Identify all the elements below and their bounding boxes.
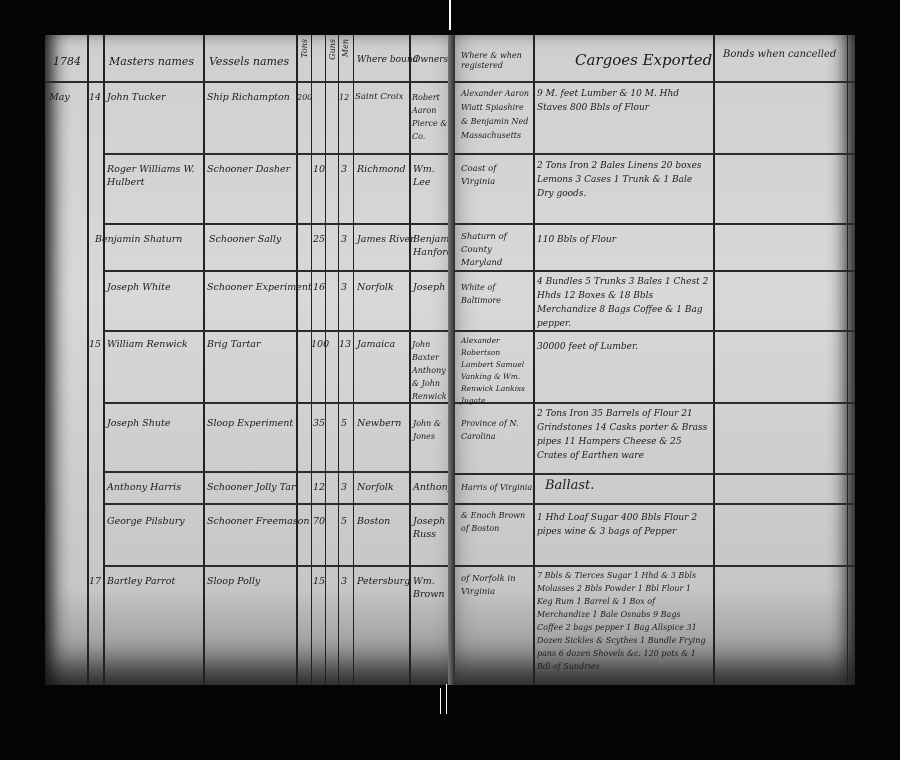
- entry-owners: Joseph: [413, 281, 445, 294]
- column-rule: [296, 35, 298, 685]
- entry-vessel: Ship Richampton: [207, 91, 290, 104]
- entry-vessel: Schooner Experiment: [207, 281, 312, 294]
- entry-vessel: Schooner Jolly Tar: [207, 481, 295, 494]
- entry-men: 13: [339, 338, 351, 351]
- entry-bound: Boston: [357, 515, 390, 528]
- scan-marker: [449, 0, 451, 30]
- entry-tons: 12: [313, 481, 325, 494]
- column-rule: [203, 35, 205, 685]
- entry-bound: Richmond: [357, 163, 406, 176]
- header-where-registered: Where & when registered: [461, 51, 531, 71]
- entry-registered: White of Baltimore: [461, 281, 533, 307]
- entry-registered: Alexander Robertson Lambert Samuel Vanki…: [461, 335, 533, 407]
- row-rule: [455, 503, 855, 505]
- entry-vessel: Sloop Polly: [207, 575, 260, 588]
- entry-registered: of Norfolk in Virginia: [461, 573, 533, 599]
- entry-registered: Harris of Virginia: [461, 481, 533, 494]
- entry-bound: Saint Croix: [355, 91, 409, 104]
- row-rule: [455, 565, 855, 567]
- entry-men: 12: [339, 91, 349, 104]
- entry-men: 3: [341, 575, 347, 588]
- header-men: Men: [341, 39, 350, 57]
- entry-registered: Alexander Aaron Wiatt Spiashire & Benjam…: [461, 87, 533, 143]
- entry-bound: Newbern: [357, 417, 401, 430]
- column-rule: [103, 35, 105, 685]
- ledger-left-page: 1784 Masters names Vessels names Tons Gu…: [45, 35, 455, 685]
- row-rule: [455, 270, 855, 272]
- header-tons: Tons: [300, 39, 309, 58]
- entry-month: May: [49, 91, 70, 104]
- row-rule: [455, 223, 855, 225]
- entry-tons: 15: [313, 575, 325, 588]
- entry-men: 3: [341, 163, 347, 176]
- row-rule: [103, 330, 455, 332]
- entry-registered: & Enoch Brown of Boston: [461, 509, 533, 535]
- header-masters-names: Masters names: [109, 55, 194, 68]
- column-rule: [713, 35, 715, 685]
- entry-master: Joseph White: [107, 281, 171, 294]
- entry-master: George Pilsbury: [107, 515, 185, 528]
- entry-master: Bartley Parrot: [107, 575, 175, 588]
- entry-bound: Jamaica: [357, 338, 395, 351]
- entry-vessel: Schooner Sally: [209, 233, 281, 246]
- entry-men: 5: [341, 417, 347, 430]
- entry-bound: James River: [357, 233, 415, 246]
- row-rule: [103, 153, 455, 155]
- scan-marker: [440, 688, 441, 714]
- row-rule: [103, 471, 455, 473]
- entry-owners: Benjamin Hanford: [413, 233, 453, 259]
- entry-men: 5: [341, 515, 347, 528]
- entry-owners: Robert Aaron Pierce & Co.: [412, 91, 452, 143]
- entry-day: 15: [89, 338, 101, 351]
- entry-cargo: 4 Bundles 5 Trunks 3 Bales 1 Chest 2 Hhd…: [537, 275, 709, 331]
- entry-men: 3: [341, 281, 347, 294]
- entry-cargo: 2 Tons Iron 2 Bales Linens 20 boxes Lemo…: [537, 159, 709, 201]
- entry-tons: 10: [313, 163, 325, 176]
- column-rule: [338, 35, 339, 685]
- entry-registered: Province of N. Carolina: [461, 417, 533, 443]
- header-rule: [45, 81, 455, 83]
- entry-cargo: 2 Tons Iron 35 Barrels of Flour 21 Grind…: [537, 407, 709, 463]
- entry-tons: 100: [311, 338, 329, 351]
- entry-master: Benjamin Shaturn: [95, 233, 182, 246]
- entry-registered: Coast of Virginia: [461, 163, 533, 189]
- row-rule: [103, 503, 455, 505]
- entry-tons: 35: [313, 417, 325, 430]
- row-rule: [103, 270, 455, 272]
- column-rule: [847, 35, 848, 685]
- entry-vessel: Schooner Freemason: [207, 515, 309, 528]
- entry-cargo: 7 Bbls & Tierces Sugar 1 Hhd & 3 Bbls Mo…: [537, 569, 709, 673]
- column-rule: [353, 35, 354, 685]
- entry-cargo: 30000 feet of Lumber.: [537, 340, 709, 354]
- entry-vessel: Brig Tartar: [207, 338, 261, 351]
- column-rule: [325, 35, 326, 685]
- entry-tons: 25: [313, 233, 325, 246]
- entry-cargo: 9 M. feet Lumber & 10 M. Hhd Staves 800 …: [537, 87, 709, 115]
- entry-master: Joseph Shute: [107, 417, 170, 430]
- row-rule: [103, 402, 455, 404]
- entry-registered: Shaturn of County Maryland: [461, 231, 533, 270]
- header-bonds-cancelled: Bonds when cancelled: [723, 49, 836, 60]
- entry-day: 17: [89, 575, 101, 588]
- entry-master: Roger Williams W. Hulbert: [107, 163, 199, 189]
- row-rule: [455, 153, 855, 155]
- header-rule: [455, 81, 855, 83]
- header-guns: Guns: [328, 39, 337, 60]
- entry-tons: 200: [297, 91, 312, 104]
- column-rule: [533, 35, 535, 685]
- entry-vessel: Schooner Dasher: [207, 163, 290, 176]
- entry-bound: Norfolk: [357, 481, 394, 494]
- header-cargoes-exported: Cargoes Exported: [575, 51, 712, 69]
- entry-owners: Joseph Russ: [413, 515, 453, 541]
- ledger-right-page: Where & when registered Cargoes Exported…: [455, 35, 855, 685]
- scan-marker: [446, 684, 447, 714]
- entry-tons: 16: [313, 281, 325, 294]
- entry-master: William Renwick: [107, 338, 188, 351]
- row-rule: [103, 223, 455, 225]
- row-rule: [455, 473, 855, 475]
- entry-men: 3: [341, 233, 347, 246]
- entry-bound: Petersburg: [357, 575, 410, 588]
- header-where-bound: Where bound: [357, 55, 418, 65]
- entry-tons: 70: [313, 515, 325, 528]
- entry-master: John Tucker: [107, 91, 165, 104]
- entry-cargo: 1 Hhd Loaf Sugar 400 Bbls Flour 2 pipes …: [537, 511, 709, 539]
- entry-bound: Norfolk: [357, 281, 394, 294]
- entry-cargo: 110 Bbls of Flour: [537, 233, 709, 247]
- header-vessels-names: Vessels names: [209, 55, 289, 68]
- row-rule: [103, 565, 455, 567]
- entry-cargo: Ballast.: [545, 479, 709, 493]
- entry-master: Anthony Harris: [107, 481, 181, 494]
- entry-day: 14: [89, 91, 101, 104]
- column-rule: [311, 35, 312, 685]
- entry-vessel: Sloop Experiment: [207, 417, 293, 430]
- entry-men: 3: [341, 481, 347, 494]
- header-year: 1784: [53, 55, 81, 68]
